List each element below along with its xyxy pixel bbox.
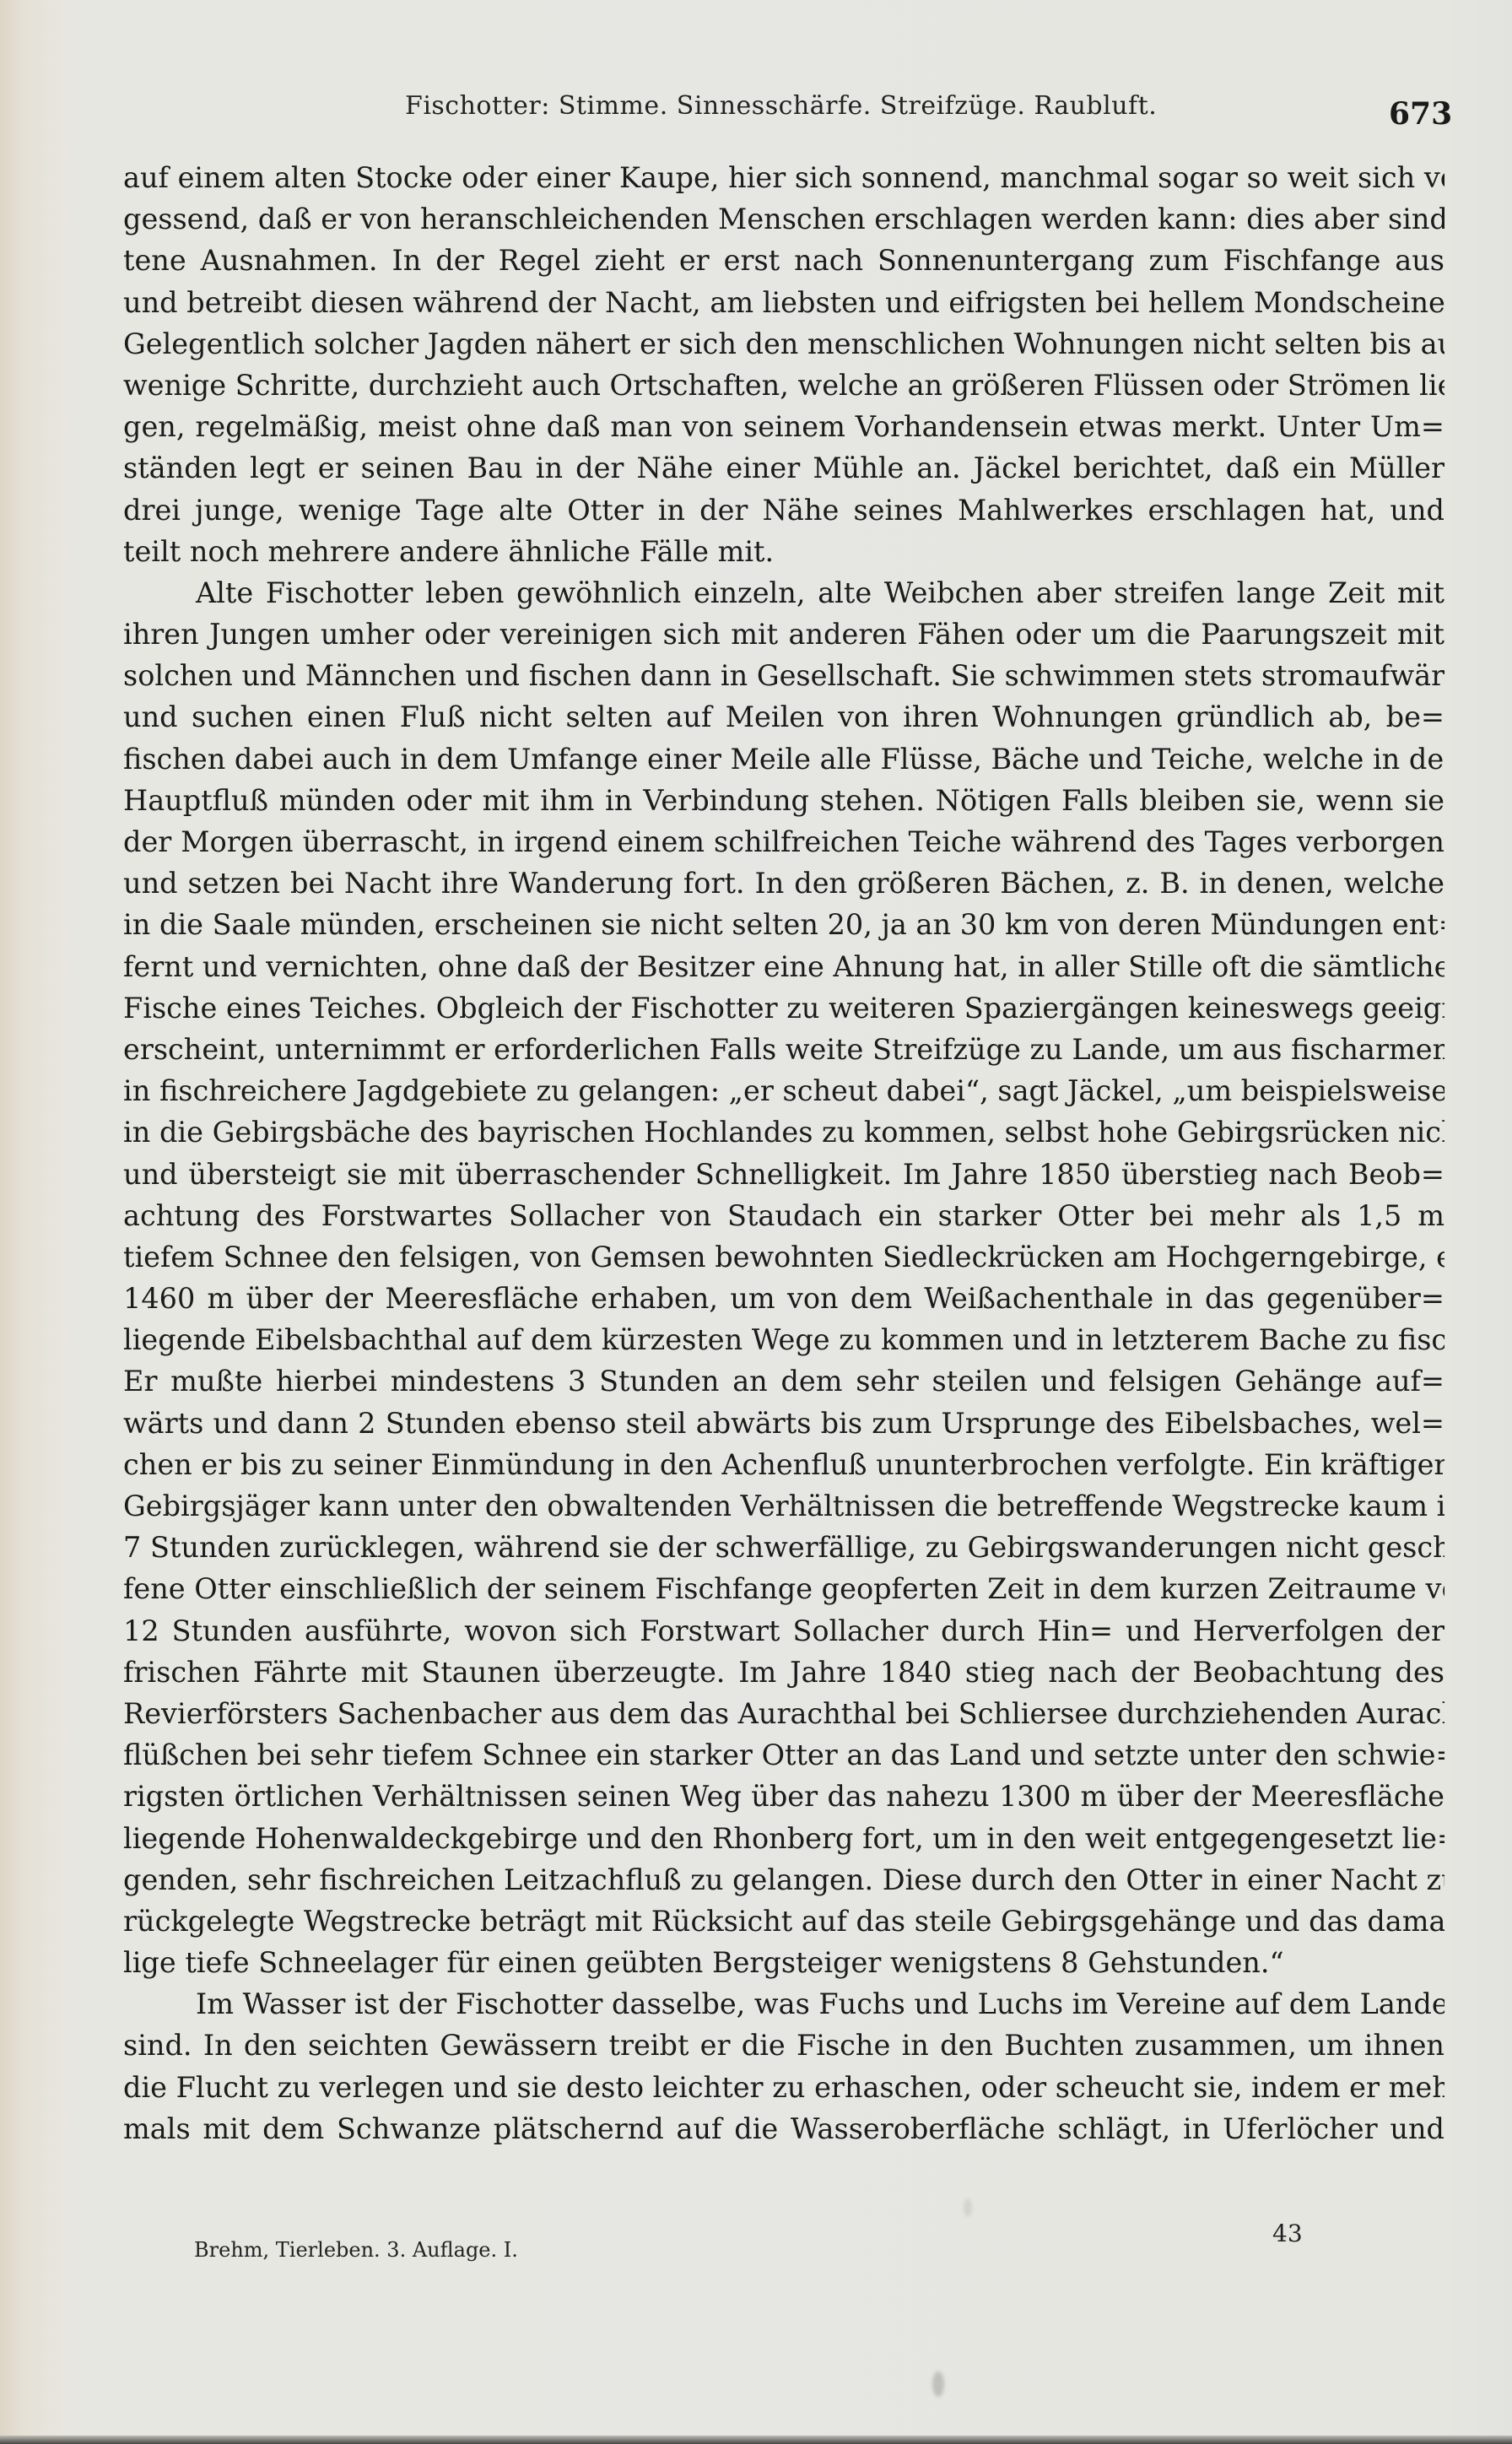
text-line: fene Otter einschließlich der seinem Fis… (123, 1568, 1444, 1609)
text-line: 12 Stunden ausführte, wovon sich Forstwa… (123, 1610, 1444, 1652)
text-line: Hauptfluß münden oder mit ihm in Verbind… (123, 780, 1444, 821)
text-line: 1460 m über der Meeresfläche erhaben, um… (123, 1278, 1444, 1319)
text-line: der Morgen überrascht, in irgend einem s… (123, 821, 1444, 862)
text-line: wärts und dann 2 Stunden ebenso steil ab… (123, 1403, 1444, 1444)
text-line: und suchen einen Fluß nicht selten auf M… (123, 696, 1444, 738)
text-line: Alte Fischotter leben gewöhnlich einzeln… (123, 572, 1444, 614)
text-line: auf einem alten Stocke oder einer Kaupe,… (123, 157, 1444, 198)
text-line: Revierförsters Sachenbacher aus dem das … (123, 1693, 1444, 1734)
text-line: mals mit dem Schwanze plätschernd auf di… (123, 2108, 1444, 2149)
text-line: solchen und Männchen und fischen dann in… (123, 655, 1444, 696)
running-header-title: Fischotter: Stimme. Sinnesschärfe. Strei… (405, 91, 1157, 121)
text-line: liegende Hohenwaldeckgebirge und den Rho… (123, 1818, 1444, 1859)
text-line: Gebirgsjäger kann unter den obwaltenden … (123, 1485, 1444, 1527)
text-line: ständen legt er seinen Bau in der Nähe e… (123, 447, 1444, 489)
text-line: drei junge, wenige Tage alte Otter in de… (123, 489, 1444, 531)
text-line: frischen Fährte mit Staunen überzeugte. … (123, 1652, 1444, 1693)
text-line: fernt und vernichten, ohne daß der Besit… (123, 946, 1444, 987)
text-line: und setzen bei Nacht ihre Wanderung fort… (123, 862, 1444, 904)
text-line: liegende Eibelsbachthal auf dem kürzeste… (123, 1319, 1444, 1360)
text-line: rückgelegte Wegstrecke beträgt mit Rücks… (123, 1901, 1444, 1942)
body-text: auf einem alten Stocke oder einer Kaupe,… (123, 157, 1444, 2149)
text-line: tene Ausnahmen. In der Regel zieht er er… (123, 240, 1444, 281)
text-line: chen er bis zu seiner Einmündung in den … (123, 1444, 1444, 1485)
text-line: tiefem Schnee den felsigen, von Gemsen b… (123, 1236, 1444, 1278)
text-line: ihren Jungen umher oder vereinigen sich … (123, 614, 1444, 655)
text-line: Fische eines Teiches. Obgleich der Fisch… (123, 987, 1444, 1029)
text-line: lige tiefe Schneelager für einen geübten… (123, 1942, 1444, 1983)
text-line: Im Wasser ist der Fischotter dasselbe, w… (123, 1983, 1444, 2025)
paper-smudge (964, 2198, 972, 2217)
text-line: in fischreichere Jagdgebiete zu gelangen… (123, 1070, 1444, 1111)
text-line: in die Saale münden, erscheinen sie nich… (123, 904, 1444, 945)
signature-mark: 43 (1272, 2220, 1303, 2247)
text-line: gessend, daß er von heranschleichenden M… (123, 198, 1444, 240)
text-line: fischen dabei auch in dem Umfange einer … (123, 738, 1444, 780)
text-line: sind. In den seichten Gewässern treibt e… (123, 2025, 1444, 2066)
text-line: in die Gebirgsbäche des bayrischen Hochl… (123, 1111, 1444, 1153)
text-line: teilt noch mehrere andere ähnliche Fälle… (123, 531, 1444, 572)
text-line: Er mußte hierbei mindestens 3 Stunden an… (123, 1360, 1444, 1402)
text-line: und übersteigt sie mit überraschender Sc… (123, 1154, 1444, 1195)
footer-book-title: Brehm, Tierleben. 3. Auflage. I. (194, 2238, 518, 2262)
text-line: 7 Stunden zurücklegen, während sie der s… (123, 1527, 1444, 1568)
text-line: und betreibt diesen während der Nacht, a… (123, 282, 1444, 323)
text-line: gen, regelmäßig, meist ohne daß man von … (123, 406, 1444, 447)
text-line: erscheint, unternimmt er erforderlichen … (123, 1029, 1444, 1070)
text-line: genden, sehr fischreichen Leitzachfluß z… (123, 1859, 1444, 1901)
page-bottom-edge (0, 2436, 1512, 2444)
text-line: Gelegentlich solcher Jagden nähert er si… (123, 323, 1444, 365)
text-line: die Flucht zu verlegen und sie desto lei… (123, 2067, 1444, 2108)
text-line: rigsten örtlichen Verhältnissen seinen W… (123, 1776, 1444, 1817)
text-line: flüßchen bei sehr tiefem Schnee ein star… (123, 1734, 1444, 1776)
page-number: 673 (1389, 96, 1452, 132)
paper-smudge (932, 2371, 944, 2397)
text-line: wenige Schritte, durchzieht auch Ortscha… (123, 365, 1444, 406)
text-line: achtung des Forstwartes Sollacher von St… (123, 1195, 1444, 1236)
